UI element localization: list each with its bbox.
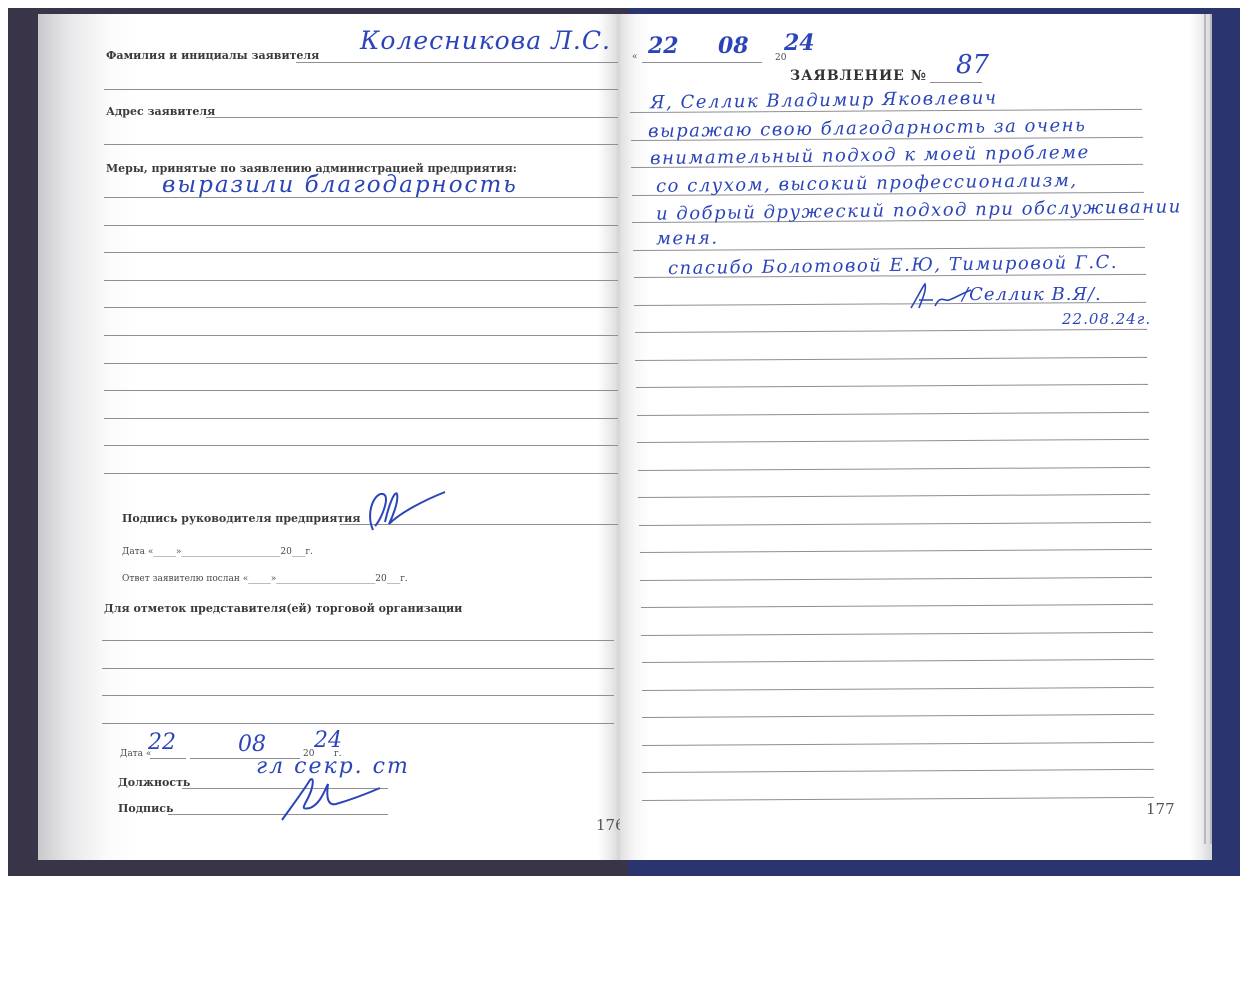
header-date-day: 22 [648,33,679,59]
rule-line [104,225,618,226]
page-edge [1204,14,1206,844]
applicant-name-line [296,62,618,63]
applicant-signature-text: /Селлик В.Я/. [962,284,1102,305]
rule-line [104,307,618,308]
manager-signature [345,482,455,542]
statement-title: ЗАЯВЛЕНИЕ № [790,68,927,84]
rule-line [104,252,618,253]
org-marks-label: Для отметок представителя(ей) торговой о… [104,602,462,615]
rule-line [104,144,618,145]
rule-line [104,390,618,391]
rule-line [104,473,618,474]
measures-value: выразили благодарность [162,172,518,198]
header-date-line [642,62,762,63]
reply-sent-label: Ответ заявителю послан «_____»__________… [122,574,408,584]
rule-line [104,89,618,90]
rule-line [102,640,614,641]
rule-line [102,668,614,669]
rule-line [102,695,614,696]
rule-line [104,335,618,336]
applicant-response-signature [270,770,390,825]
rule-line [104,418,618,419]
rule-line [104,363,618,364]
date-label: Дата «_____»______________________20___г… [122,547,313,557]
rule-line [104,197,618,198]
address-label: Адрес заявителя [106,105,215,118]
footer-date-day: 22 [148,730,176,755]
applicant-name-value: Колесникова Л.С. [360,26,611,55]
rule-line [104,280,618,281]
footer-date-prefix: Дата « [120,749,151,759]
statement-number-line [930,82,982,83]
header-date-month: 08 [718,33,749,59]
date-open-quote: « [632,52,638,62]
rule-line [104,445,618,446]
rule-line [102,723,614,724]
signature-label: Подпись [118,802,173,815]
signed-date: 22.08.24г. [1062,310,1151,328]
right-page-number: 177 [1146,800,1175,818]
statement-line: меня. [656,227,719,249]
statement-number: 87 [956,50,989,80]
footer-date-day-line [150,758,186,759]
position-label: Должность [118,776,190,789]
page-edge [1210,14,1212,844]
applicant-name-label: Фамилия и инициалы заявителя [106,49,319,62]
address-line [206,117,618,118]
header-date-year: 24 [784,30,815,56]
manager-signature-label: Подпись руководителя предприятия [122,512,360,525]
